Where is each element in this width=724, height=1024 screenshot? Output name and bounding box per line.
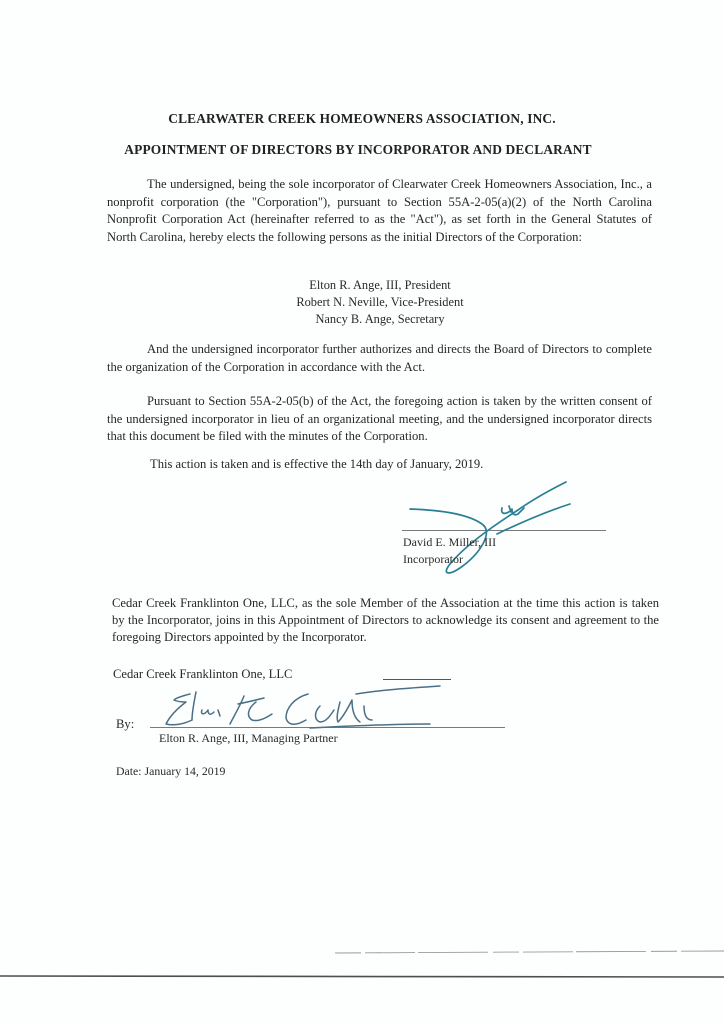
paragraph-text: Cedar Creek Franklinton One, LLC, as the… bbox=[112, 595, 659, 646]
director-item: Robert N. Neville, Vice-President bbox=[0, 294, 724, 311]
incorporator-name: David E. Miller, III bbox=[403, 535, 496, 550]
scan-artifact-lines bbox=[0, 940, 724, 990]
member-signature-icon bbox=[160, 680, 450, 736]
paragraph-member-consent: Cedar Creek Franklinton One, LLC, as the… bbox=[112, 595, 659, 646]
directors-list: Elton R. Ange, III, President Robert N. … bbox=[0, 277, 724, 328]
director-item: Nancy B. Ange, Secretary bbox=[0, 311, 724, 328]
paragraph-text: The undersigned, being the sole incorpor… bbox=[107, 176, 652, 246]
paragraph-election: The undersigned, being the sole incorpor… bbox=[107, 176, 652, 246]
member-signer-name: Elton R. Ange, III, Managing Partner bbox=[159, 731, 338, 746]
member-date-line: Date: January 14, 2019 bbox=[116, 764, 225, 779]
paragraph-consent: Pursuant to Section 55A-2-05(b) of the A… bbox=[107, 393, 652, 446]
director-item: Elton R. Ange, III, President bbox=[0, 277, 724, 294]
paragraph-authorization: And the undersigned incorporator further… bbox=[107, 341, 652, 376]
document-title: APPOINTMENT OF DIRECTORS BY INCORPORATOR… bbox=[0, 142, 720, 158]
by-label: By: bbox=[116, 716, 134, 734]
paragraph-text: Pursuant to Section 55A-2-05(b) of the A… bbox=[107, 393, 652, 446]
paragraph-text: And the undersigned incorporator further… bbox=[107, 341, 652, 376]
organization-title: CLEARWATER CREEK HOMEOWNERS ASSOCIATION,… bbox=[0, 111, 724, 127]
incorporator-role: Incorporator bbox=[403, 552, 463, 567]
scanned-document-page: CLEARWATER CREEK HOMEOWNERS ASSOCIATION,… bbox=[0, 0, 724, 1024]
